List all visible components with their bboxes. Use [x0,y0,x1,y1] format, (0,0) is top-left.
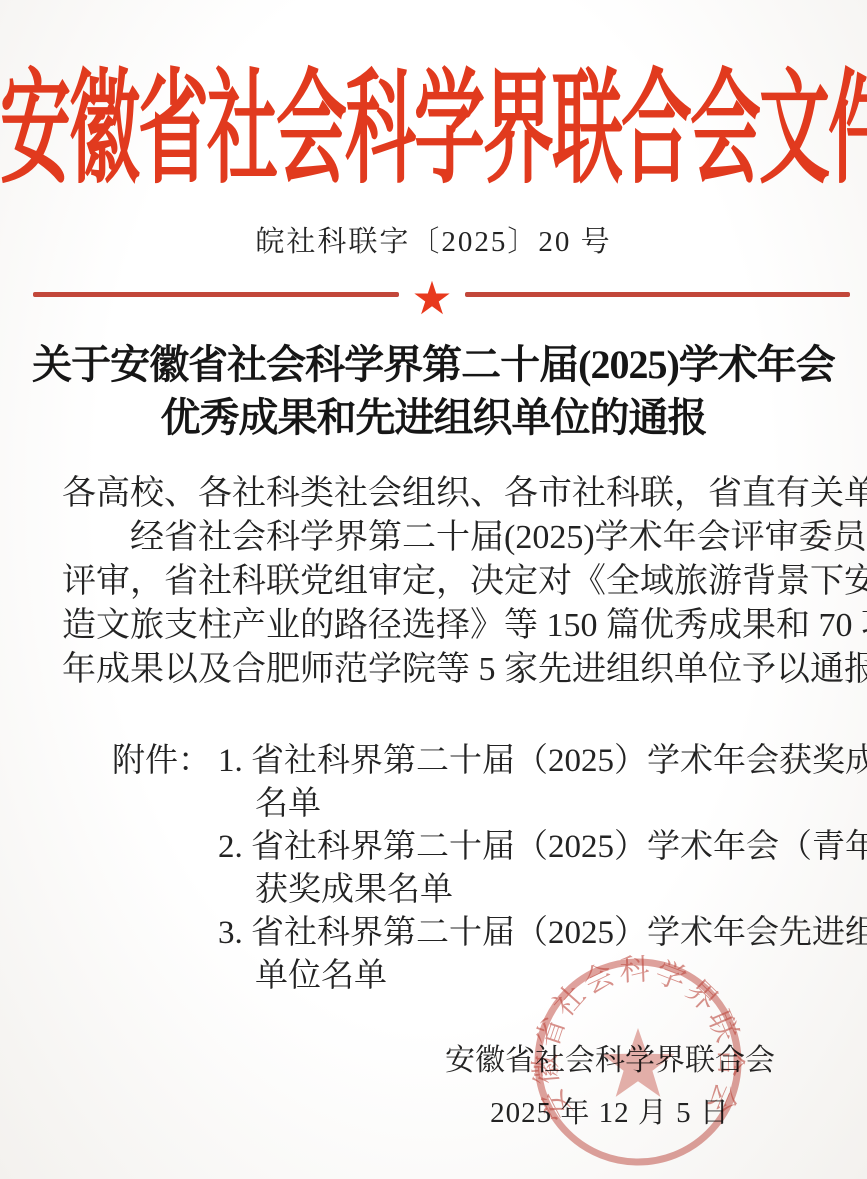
attachment-line: 名单 [255,783,867,826]
body-line: 评审，省社科联党组审定，决定对《全域旅游背景下安徽打 [62,560,810,604]
attachment-line: 单位名单 [255,955,867,998]
star-icon: ★ [399,276,465,320]
attachments-label: 附件： [112,740,211,783]
notice-title-line1: 关于安徽省社会科学界第二十届(2025)学术年会 [0,338,867,391]
body-line: 年成果以及合肥师范学院等 5 家先进组织单位予以通报。 [62,648,810,692]
signature-org: 安徽省社会科学界联合会 [430,1042,790,1080]
body-paragraph: 经省社会科学界第二十届(2025)学术年会评审委员会评审，省社科联党组审定，决定… [62,516,810,692]
attachments-list: 1. 省社科界第二十届（2025）学术年会获奖成果名单 2. 省社科界第二十届（… [218,740,867,998]
document-page: { "letterhead": { "title": "安徽省社会科学界联合会文… [0,0,867,1179]
body-line: 造文旅支柱产业的路径选择》等 150 篇优秀成果和 70 项青 [62,604,810,648]
divider-line-right [465,292,850,297]
attachment-line: 2. 省社科界第二十届（2025）学术年会（青年） [255,826,867,869]
attachment-line: 1. 省社科界第二十届（2025）学术年会获奖成果 [255,740,867,783]
divider-line-left [33,292,399,297]
body-line: 经省社会科学界第二十届(2025)学术年会评审委员会 [62,516,810,560]
attachment-item-1: 1. 省社科界第二十届（2025）学术年会获奖成果名单 [218,740,867,826]
doc-number: 皖社科联字〔2025〕20 号 [0,219,867,260]
notice-body: 各高校、各社科类社会组织、各市社科联，省直有关单位： 经省社会科学界第二十届(2… [62,472,810,692]
salutation: 各高校、各社科类社会组织、各市社科联，省直有关单位： [62,472,810,516]
attachments-section: 附件： 1. 省社科界第二十届（2025）学术年会获奖成果名单 2. 省社科界第… [112,740,867,998]
signature-date: 2025 年 12 月 5 日 [430,1094,790,1132]
notice-title: 关于安徽省社会科学界第二十届(2025)学术年会 优秀成果和先进组织单位的通报 [0,338,867,444]
attachment-item-3: 3. 省社科界第二十届（2025）学术年会先进组织单位名单 [218,912,867,998]
signature-block: 安徽省社会科学界联合会 2025 年 12 月 5 日 [430,1042,790,1132]
attachment-item-2: 2. 省社科界第二十届（2025）学术年会（青年）获奖成果名单 [218,826,867,912]
letterhead-title: 安徽省社会科学界联合会文件 [0,30,867,207]
letterhead-divider: ★ [33,272,850,316]
attachment-line: 3. 省社科界第二十届（2025）学术年会先进组织 [255,912,867,955]
notice-title-line2: 优秀成果和先进组织单位的通报 [0,391,867,444]
attachment-line: 获奖成果名单 [255,869,867,912]
